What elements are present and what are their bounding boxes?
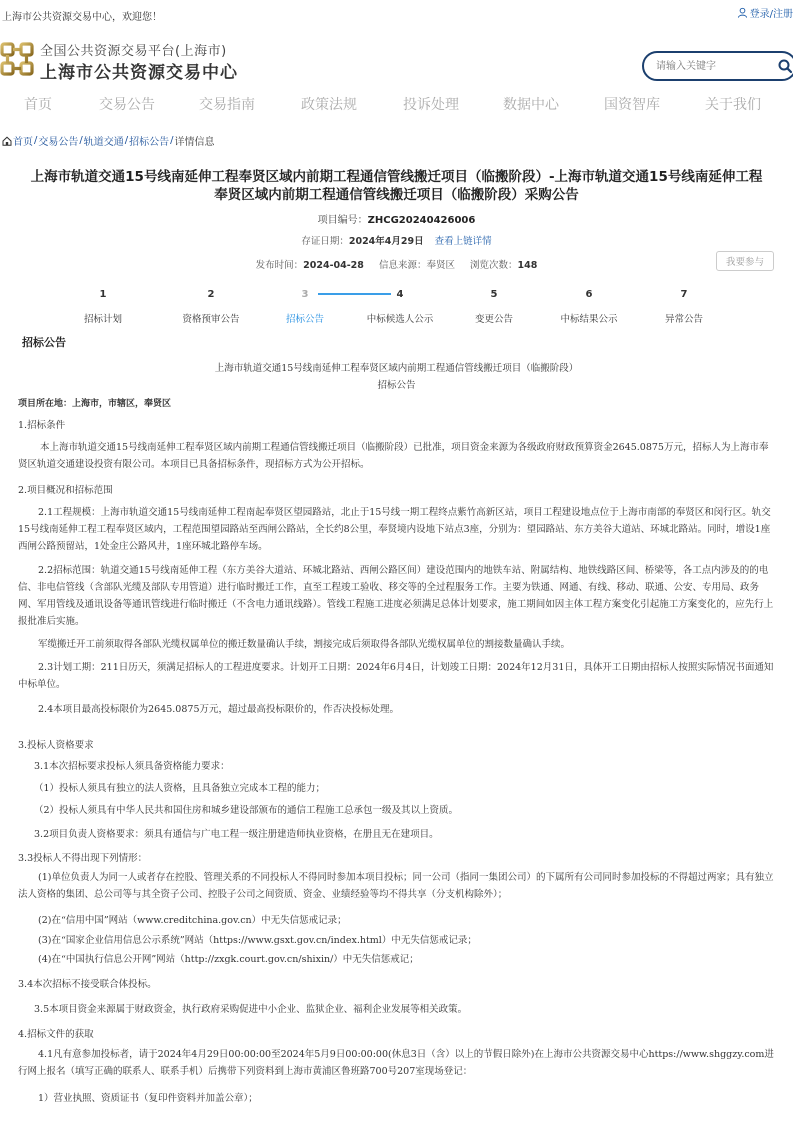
section-2-3: 2.3计划工期：211日历天，须满足招标人的工程进度要求。计划开工日期：2024… [18,659,776,693]
section-3-3-item-1: (1)单位负责人为同一人或者存在控股、管理关系的不同投标人不得同时参加本项目投标… [18,869,776,903]
section-3-5: 3.5本项目资金来源属于财政资金，执行政府采购促进中小企业、监狱企业、福利企业发… [34,1001,467,1015]
step-number: 6 [544,289,634,303]
nav-item-home[interactable]: 首页 [24,94,52,114]
section-4-1-item-1: 1）营业执照、资质证书（复印件资料并加盖公章）； [38,1090,258,1104]
section-title: 招标公告 [22,334,66,350]
step-abnormal-notice[interactable]: 7 异常公告 [639,289,729,325]
step-number: 2 [166,289,256,303]
breadcrumb-trade-notice[interactable]: 交易公告 [38,133,78,148]
section-1-title: 1.招标条件 [18,417,65,431]
breadcrumb-current: 详情信息 [175,133,215,148]
site-title: 上海市公共资源交易中心 [40,58,238,83]
step-number: 3 [260,289,350,303]
section-2-4: 2.4本项目最高投标限价为2645.0875万元，超过最高投标限价的，作否决投标… [38,701,399,715]
search-box [642,51,793,81]
join-button[interactable]: 我要参与 [716,251,774,271]
section-2-1: 2.1工程规模：上海市轨道交通15号线南延伸工程南起奉贤区望园路站，北止于15号… [18,504,776,555]
nav-item-about[interactable]: 关于我们 [705,94,761,114]
section-3-1: 3.1本次招标要求投标人须具备资格能力要求： [34,758,230,772]
nav-item-complaint[interactable]: 投诉处理 [403,94,459,114]
step-label: 招标计划 [58,311,148,325]
section-2-2: 2.2招标范围：轨道交通15号线南延伸工程（东方美谷大道站、环城北路站、西闸公路… [18,562,776,630]
nav-item-trade-notice[interactable]: 交易公告 [99,94,155,114]
step-candidate-publicity[interactable]: 4 中标候选人公示 [355,289,445,325]
user-icon [737,7,748,18]
step-label: 招标公告 [260,311,350,325]
site-header: 全国公共资源交易平台(上海市) 上海市公共资源交易中心 [0,36,793,84]
source-label: 信息来源： [379,260,427,271]
breadcrumb-separator: / [170,135,173,146]
cert-date-value: 2024年4月29日 [349,236,424,247]
welcome-text: 上海市公共资源交易中心，欢迎您！ [2,8,162,23]
section-3-4: 3.4本次招标不接受联合体投标。 [18,976,157,990]
section-4-1: 4.1凡有意参加投标者，请于2024年4月29日00:00:00至2024年5月… [18,1046,776,1080]
section-3-2: 3.2项目负责人资格要求：须具有通信与广电工程一级注册建造师执业资格，在册且无在… [34,826,439,840]
section-3-title: 3.投标人资格要求 [18,737,94,751]
step-label: 中标结果公示 [544,311,634,325]
step-label: 中标候选人公示 [355,311,445,325]
section-3-3-item-3: (3)在“国家企业信用信息公示系统”网站（https://www.gsxt.go… [38,932,477,946]
nav-item-trade-guide[interactable]: 交易指南 [199,94,255,114]
nav-item-data-center[interactable]: 数据中心 [503,94,559,114]
login-register-link[interactable]: 登录/注册 [737,5,793,20]
process-steps: 1 招标计划 2 资格预审公告 3 招标公告 4 中标候选人公示 5 变更公告 … [0,289,793,325]
breadcrumb-separator: / [79,135,82,146]
publish-label: 发布时间： [256,260,304,271]
nav-item-think-tank[interactable]: 国资智库 [604,94,660,114]
project-number-value: ZHCG20240426006 [368,215,476,226]
section-3-1-item-2: （2）投标人须具有中华人民共和国住房和城乡建设部颁布的通信工程施工总承包一级及其… [34,802,458,816]
search-input[interactable] [656,58,766,74]
section-2-title: 2.项目概况和招标范围 [18,482,113,496]
step-number: 1 [58,289,148,303]
home-icon [2,136,12,146]
certificate-info: 存证日期：2024年4月29日 查看上链详情 [0,233,793,247]
search-icon[interactable] [777,58,793,74]
step-tender-notice[interactable]: 3 招标公告 [260,289,350,325]
section-4-title: 4.招标文件的获取 [18,1026,94,1040]
step-label: 变更公告 [449,311,539,325]
notice-meta: 发布时间：2024-04-28 信息来源：奉贤区 浏览次数：148 [0,257,793,271]
breadcrumb-separator: / [34,135,37,146]
source-value: 奉贤区 [426,260,455,271]
breadcrumb-home[interactable]: 首页 [13,133,33,148]
logo-icon[interactable] [0,42,34,76]
section-1-paragraph: 本上海市轨道交通15号线南延伸工程奉贤区域内前期工程通信管线搬迁项目（临搬阶段）… [18,439,776,473]
section-3-3: 3.3投标人不得出现下列情形： [18,850,147,864]
views-label: 浏览次数： [470,260,518,271]
step-number: 4 [355,289,445,303]
section-3-3-item-4: (4)在“中国执行信息公开网”网站（http://zxgk.court.gov.… [38,951,419,965]
step-tender-plan[interactable]: 1 招标计划 [58,289,148,325]
site-subtitle: 全国公共资源交易平台(上海市) [40,40,227,59]
project-number-label: 项目编号： [318,215,368,226]
step-label: 异常公告 [639,311,729,325]
view-chain-details-link[interactable]: 查看上链详情 [435,236,492,247]
section-3-1-item-1: （1）投标人须具有独立的法人资格，且具备独立完成本工程的能力； [34,780,325,794]
views-count: 148 [518,260,538,271]
breadcrumb-tender-notice[interactable]: 招标公告 [129,133,169,148]
doc-subheading: 招标公告 [0,377,793,391]
publish-date: 2024-04-28 [303,260,364,271]
cert-date-label: 存证日期： [301,236,349,247]
section-3-3-item-2: (2)在“信用中国”网站（www.creditchina.gov.cn）中无失信… [38,912,347,926]
project-location: 项目所在地：上海市，市辖区，奉贤区 [18,396,171,409]
login-label: 登录/注册 [750,5,793,20]
project-number: 项目编号：ZHCG20240426006 [0,211,793,226]
step-number: 7 [639,289,729,303]
breadcrumb-separator: / [125,135,128,146]
main-nav: 首页 交易公告 交易指南 政策法规 投诉处理 数据中心 国资智库 关于我们 [0,94,793,118]
breadcrumb: 首页/ 交易公告/ 轨道交通/ 招标公告/ 详情信息 [2,133,215,148]
nav-item-policy[interactable]: 政策法规 [301,94,357,114]
step-change-notice[interactable]: 5 变更公告 [449,289,539,325]
doc-heading: 上海市轨道交通15号线南延伸工程奉贤区域内前期工程通信管线搬迁项目（临搬阶段） [0,360,793,374]
step-award-result[interactable]: 6 中标结果公示 [544,289,634,325]
step-prequalification[interactable]: 2 资格预审公告 [166,289,256,325]
top-bar: 上海市公共资源交易中心，欢迎您！ 登录/注册 [0,0,793,28]
step-number: 5 [449,289,539,303]
step-label: 资格预审公告 [166,311,256,325]
notice-title: 上海市轨道交通15号线南延伸工程奉贤区域内前期工程通信管线搬迁项目（临搬阶段）-… [30,168,763,204]
section-2-2-military: 军缆搬迁开工前须取得各部队光缆权属单位的搬迁数量确认手续，割接完成后须取得各部队… [38,636,570,650]
breadcrumb-rail-transit[interactable]: 轨道交通 [84,133,124,148]
